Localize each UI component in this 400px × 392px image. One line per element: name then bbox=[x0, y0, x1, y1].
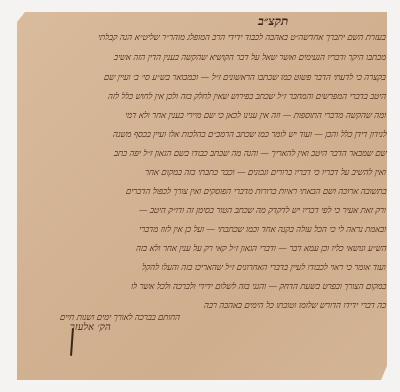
text-line: ובאמת נראה לי כי הכל עולה בקנה אחד וכמו … bbox=[138, 224, 387, 235]
text-line: בקצרה כי לדעתי הדבר פשוט כמו שכתבו הראשו… bbox=[103, 72, 386, 83]
text-line: ועוד אומר כי ראוי לכבודו לעיין בדברי האח… bbox=[142, 262, 387, 273]
text-line: ומה שהקשה מדברי התוספות — וזה אין ענינו … bbox=[124, 110, 386, 121]
header-date: תקצ״ב bbox=[258, 14, 288, 29]
text-line: בעזרת השם יתברך אחדשה״ט באהבה לכבוד ידיד… bbox=[98, 32, 387, 43]
text-line: ואין להשיב על דבריו כי דבריו ברורים ונכו… bbox=[144, 167, 386, 178]
text-line: בתשובה ארוכה ושם הבאתי ראיות ברורות מדבר… bbox=[125, 186, 387, 197]
text-line: היטב בדברי המפרשים והמחבר ז״ל שכתב בפירו… bbox=[107, 91, 387, 102]
text-line: במקום הצורך ובפרט בשעת הדחק — והנני בזה … bbox=[130, 281, 387, 292]
text-line: לנידון דידן כלל והבן — ועוד יש לומר כמו … bbox=[112, 129, 387, 140]
text-line: שם שמבאר הדבר היטב ואין להאריך — והנה מה… bbox=[113, 148, 387, 159]
text-line: מכתבו היקר ודבריו הנעימים ואשר שאל על דב… bbox=[113, 52, 386, 63]
signature: הק׳ אלעזר bbox=[70, 322, 111, 333]
text-line: ורק זאת אעיר כי לפי דבריו יש לדקדק מה שכ… bbox=[138, 205, 386, 216]
text-line: הש״ע ונושאי כליו וכן עמא דבר — ודברי הגא… bbox=[135, 243, 387, 254]
text-line: כה דברי ידידו הדורש שלומו וטובתו כל הימי… bbox=[203, 300, 387, 311]
